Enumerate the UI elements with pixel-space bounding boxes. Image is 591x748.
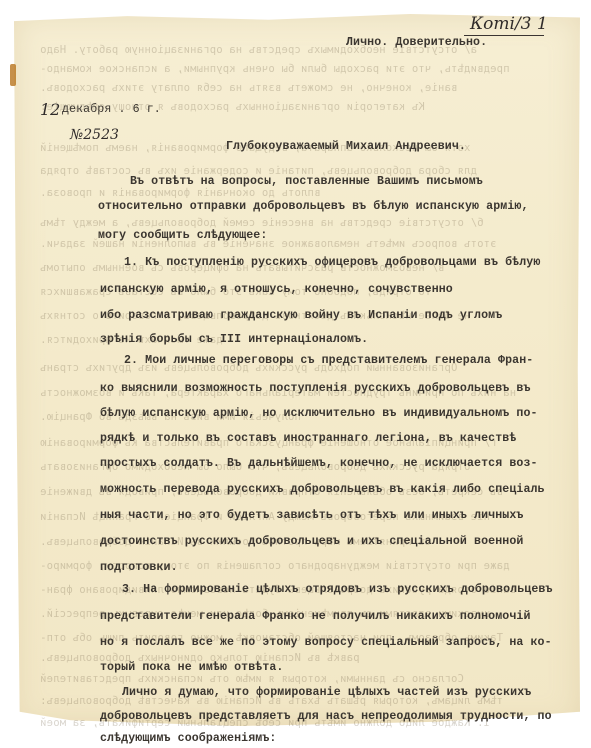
body-line: Лично я думаю, что формированіе цѣлыхъ ч… (122, 686, 531, 699)
body-line: простыхъ солдатъ. Въ дальнѣйшемъ, конечн… (100, 457, 538, 470)
body-line: слѣдующимъ соображеніямъ: (100, 732, 276, 745)
body-line: ко выяснили возможность поступленія русс… (100, 382, 531, 395)
bleed-line: б/ отсутствіе средствъ на внесеніе семей… (40, 217, 483, 229)
document-number: №2523 (70, 127, 119, 143)
body-line: но я послалъ все же по этому вопросу спе… (100, 636, 552, 649)
body-line: зрѣнія борьбы съ III интернаціоналомъ. (100, 333, 368, 346)
body-line: испанскую армію, я отношусь, конечно, со… (100, 283, 453, 296)
body-line: добровольцевъ представляетъ для насъ неп… (100, 710, 552, 723)
date-day: 12 (40, 100, 60, 119)
date-text: декабря . 6 г. (62, 103, 161, 116)
body-line: ибо разсматриваю гражданскую войну въ Ис… (100, 309, 502, 322)
paper-tab-marker (10, 64, 16, 86)
body-line: подготовки. (100, 561, 178, 574)
body-line: можность перевода русскихъ добровольцевъ… (100, 483, 545, 496)
bleed-line: вплоть до окончанія формированія и прово… (40, 187, 320, 199)
body-line: торый пока не имѣю отвѣта. (100, 661, 284, 674)
body-line: рядкѣ и только въ составъ иностраннаго л… (100, 432, 516, 445)
body-line: относительно отправки добровольцевъ въ б… (98, 200, 529, 213)
body-line: 3. На формированіе цѣлыхъ отрядовъ изъ р… (122, 583, 553, 596)
bleed-line: предвидѣть, что эти расходы были бы очен… (40, 63, 510, 75)
salutation: Глубокоуважаемый Михаил Андреевич. (226, 140, 466, 153)
body-line: могу сообщить слѣдующее: (98, 229, 267, 242)
body-line: 1. Къ поступленію русскихъ офицеровъ доб… (124, 256, 540, 269)
bleed-line: Согласно съ данными, которыя я имѣю отъ … (40, 673, 464, 685)
confidential-header: Лично. Доверительно. (346, 36, 487, 49)
body-line: ныя части, но это будетъ зависѣть отъ тѣ… (100, 509, 523, 522)
archive-mark: Коmi/3 1 (470, 14, 548, 34)
body-line: 2. Мои личные переговоры съ представител… (124, 354, 533, 367)
body-line: Въ отвѣтъ на вопросы, поставленные Вашим… (130, 175, 483, 188)
body-line: достоинствъ русскихъ добровольцевъ и ихъ… (100, 535, 523, 548)
bleed-line: ваніе, конечно, не сможетъ взять на себя… (40, 82, 457, 94)
body-line: представители генерала Франко не получил… (100, 610, 531, 623)
body-line: бѣлую испанскую армію, но исключительно … (100, 407, 538, 420)
